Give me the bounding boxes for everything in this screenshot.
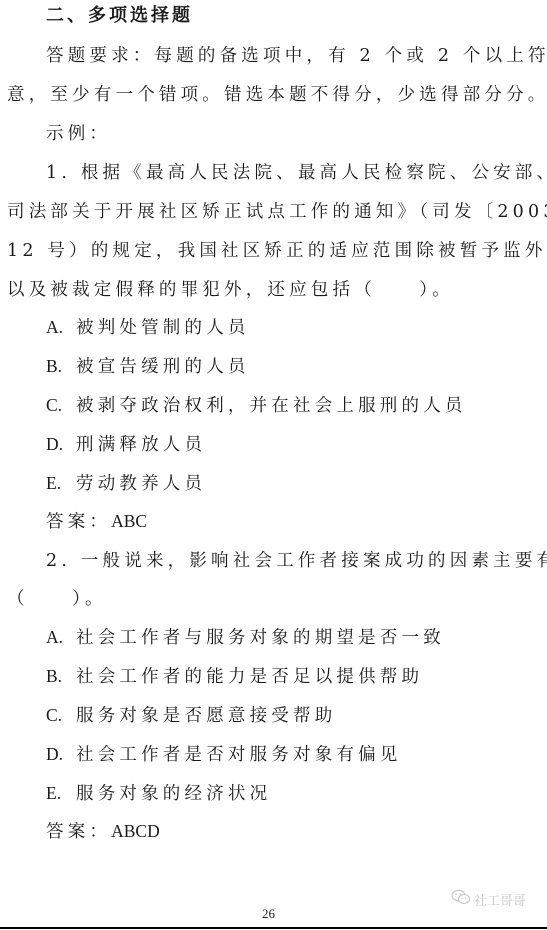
section-heading: 二、多项选择题 (46, 4, 193, 28)
option-letter: C. (46, 393, 76, 417)
question-1-line-1: 1. 根据《最高人民法院、最高人民检察院、公安部、 (46, 161, 547, 185)
option-letter: C. (46, 703, 76, 727)
option-text: 社会工作者与服务对象的期望是否一致 (76, 628, 445, 648)
question-2-line-1: 2. 一般说来，影响社会工作者接案成功的因素主要有 (46, 549, 547, 573)
question-1-option-d: D.刑满释放人员 (46, 432, 206, 457)
option-letter: A. (46, 625, 76, 649)
question-1-option-c: C.被剥夺政治权利，并在社会上服刑的人员 (46, 393, 467, 418)
option-text: 被剥夺政治权利，并在社会上服刑的人员 (76, 396, 467, 416)
watermark-text: 社工哥哥 (474, 890, 526, 909)
instructions-line-1: 答题要求：每题的备选项中，有 2 个或 2 个以上符合题 (46, 44, 547, 68)
answer-value: ABC (111, 511, 147, 531)
answer-value: ABCD (111, 821, 160, 841)
option-text: 被判处管制的人员 (76, 318, 250, 338)
page-number: 26 (262, 906, 275, 922)
question-1-option-e: E.劳动教养人员 (46, 471, 206, 496)
question-1-answer: 答案：ABC (46, 509, 147, 534)
option-letter: D. (46, 432, 76, 456)
wechat-icon (451, 889, 471, 909)
bottom-border (0, 927, 547, 929)
question-2-option-e: E.服务对象的经济状况 (46, 781, 271, 806)
option-text: 劳动教养人员 (76, 474, 206, 494)
question-2-line-2: （ ）。 (7, 587, 107, 611)
example-label: 示例： (46, 122, 111, 146)
question-1-line-2: 司法部关于开展社区矫正试点工作的通知》（司发〔2003〕 (7, 200, 547, 224)
question-1-option-b: B.被宣告缓刑的人员 (46, 354, 250, 379)
option-letter: B. (46, 664, 76, 688)
answer-label: 答案： (46, 822, 111, 842)
question-2-option-c: C.服务对象是否愿意接受帮助 (46, 703, 336, 728)
question-1-option-a: A.被判处管制的人员 (46, 315, 250, 340)
question-2-option-a: A.社会工作者与服务对象的期望是否一致 (46, 625, 445, 650)
option-text: 被宣告缓刑的人员 (76, 357, 250, 377)
option-letter: D. (46, 742, 76, 766)
question-2-answer: 答案：ABCD (46, 819, 160, 844)
option-letter: A. (46, 315, 76, 339)
watermark: 社工哥哥 (451, 889, 526, 909)
answer-label: 答案： (46, 512, 111, 532)
question-1-line-4: 以及被裁定假释的罪犯外，还应包括（ ）。 (7, 278, 454, 302)
option-text: 服务对象的经济状况 (76, 784, 271, 804)
question-2-option-b: B.社会工作者的能力是否足以提供帮助 (46, 664, 423, 689)
instructions-line-2: 意，至少有一个错项。错选本题不得分，少选得部分分。 (7, 83, 547, 107)
option-letter: E. (46, 781, 76, 805)
question-1-line-3: 12 号）的规定，我国社区矫正的适应范围除被暂予监外执行 (7, 239, 547, 263)
option-letter: B. (46, 354, 76, 378)
option-letter: E. (46, 471, 76, 495)
option-text: 服务对象是否愿意接受帮助 (76, 706, 336, 726)
option-text: 社会工作者是否对服务对象有偏见 (76, 745, 402, 765)
option-text: 社会工作者的能力是否足以提供帮助 (76, 667, 423, 687)
option-text: 刑满释放人员 (76, 435, 206, 455)
question-2-option-d: D.社会工作者是否对服务对象有偏见 (46, 742, 402, 767)
